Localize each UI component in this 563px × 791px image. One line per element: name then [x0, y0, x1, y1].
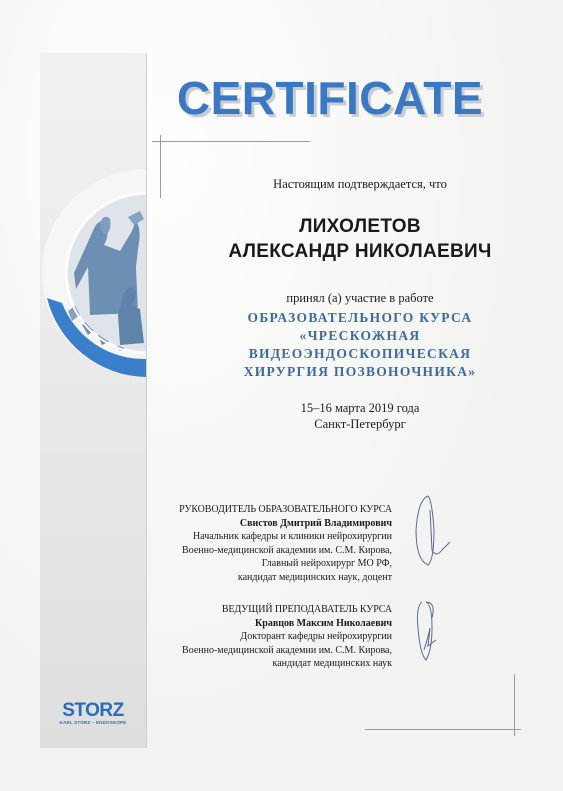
signature-2-icon — [412, 598, 452, 670]
signatory-block: ВЕДУЩИЙ ПРЕПОДАВАТЕЛЬ КУРСА Кравцов Макс… — [150, 603, 392, 671]
course-line: ОБРАЗОВАТЕЛЬНОГО КУРСА — [160, 309, 560, 327]
course-line: ВИДЕОЭНДОСКОПИЧЕСКАЯ — [160, 345, 560, 363]
signatory-detail: Главный нейрохирург МО РФ, — [150, 557, 392, 571]
divider-top-horizontal — [152, 141, 310, 142]
event-dates: 15–16 марта 2019 года — [160, 400, 560, 416]
signatory-role: ВЕДУЩИЙ ПРЕПОДАВАТЕЛЬ КУРСА — [150, 603, 392, 617]
course-title: ОБРАЗОВАТЕЛЬНОГО КУРСА «ЧРЕСКОЖНАЯ ВИДЕО… — [160, 309, 560, 381]
course-line: ХИРУРГИЯ ПОЗВОНОЧНИКА» — [160, 363, 560, 381]
statue-emblem-icon — [40, 53, 146, 433]
signatory-name: Кравцов Максим Николаевич — [150, 617, 392, 631]
signatory-detail: Военно-медицинской академии им. С.М. Кир… — [150, 544, 392, 558]
signatory-detail: Военно-медицинской академии им. С.М. Кир… — [150, 644, 392, 658]
intro-text: Настоящим подтверждается, что — [160, 177, 560, 192]
storz-subtitle: KARL STORZ – ENDOSKOPE — [46, 720, 140, 726]
course-line: «ЧРЕСКОЖНАЯ — [160, 327, 560, 345]
signatory-block: РУКОВОДИТЕЛЬ ОБРАЗОВАТЕЛЬНОГО КУРСА Свис… — [150, 503, 392, 584]
recipient-name: ЛИХОЛЕТОВ АЛЕКСАНДР НИКОЛАЕВИЧ — [160, 214, 560, 264]
participation-text: принял (а) участие в работе — [160, 291, 560, 306]
signatory-role: РУКОВОДИТЕЛЬ ОБРАЗОВАТЕЛЬНОГО КУРСА — [150, 503, 392, 517]
event-city: Санкт-Петербург — [160, 416, 560, 432]
divider-bottom-horizontal — [365, 729, 521, 730]
side-panel: STORZ KARL STORZ – ENDOSKOPE — [40, 53, 147, 748]
storz-logo: STORZ KARL STORZ – ENDOSKOPE — [46, 701, 140, 726]
storz-brand: STORZ — [46, 701, 140, 720]
signatory-detail: кандидат медицинских наук, доцент — [150, 571, 392, 585]
signatory-name: Свистов Дмитрий Владимирович — [150, 517, 392, 531]
signature-1-icon — [410, 490, 460, 580]
signatory-detail: Начальник кафедры и клиники нейрохирурги… — [150, 530, 392, 544]
signatory-detail: Доктор​ант кафедры нейрохирургии — [150, 630, 392, 644]
signatory-detail: кандидат медицинских наук — [150, 657, 392, 671]
certificate-title: CERTIFICATE — [150, 70, 510, 126]
recipient-first-names: АЛЕКСАНДР НИКОЛАЕВИЧ — [160, 239, 560, 264]
recipient-last-name: ЛИХОЛЕТОВ — [160, 214, 560, 239]
event-date-location: 15–16 марта 2019 года Санкт-Петербург — [160, 400, 560, 432]
divider-bottom-vertical — [514, 674, 515, 736]
